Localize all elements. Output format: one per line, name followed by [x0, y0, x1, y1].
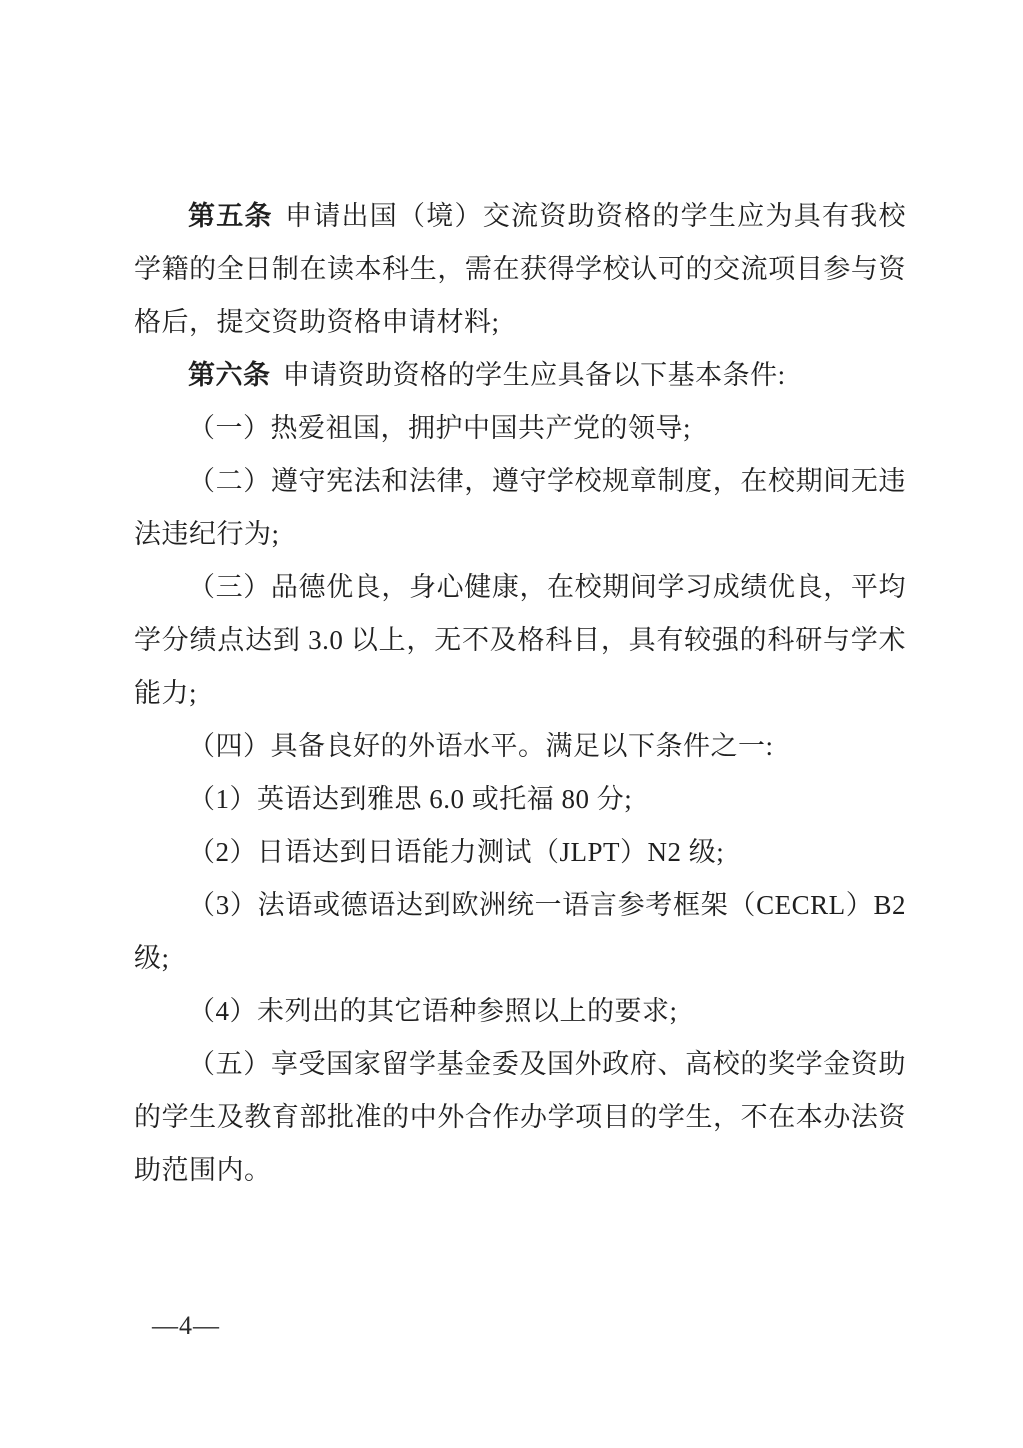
- paragraph: （三）品德优良，身心健康，在校期间学习成绩优良，平均学分绩点达到 3.0 以上，…: [134, 561, 906, 720]
- paragraph: 第六条申请资助资格的学生应具备以下基本条件:: [134, 349, 906, 402]
- paragraph: （2）日语达到日语能力测试（JLPT）N2 级;: [134, 826, 906, 879]
- paragraph-text: 申请资助资格的学生应具备以下基本条件:: [283, 360, 786, 390]
- paragraph: （五）享受国家留学基金委及国外政府、高校的奖学金资助的学生及教育部批准的中外合作…: [134, 1038, 906, 1197]
- article-number: 第五条: [188, 201, 273, 231]
- paragraph: （二）遵守宪法和法律，遵守学校规章制度，在校期间无违法违纪行为;: [134, 455, 906, 561]
- paragraph-text: （2）日语达到日语能力测试（JLPT）N2 级;: [188, 837, 724, 867]
- article-number: 第六条: [188, 360, 271, 390]
- paragraph-text: （3）法语或德语达到欧洲统一语言参考框架（CECRL）B2 级;: [134, 890, 906, 973]
- paragraph-text: （三）品德优良，身心健康，在校期间学习成绩优良，平均学分绩点达到 3.0 以上，…: [134, 572, 906, 708]
- paragraph: （3）法语或德语达到欧洲统一语言参考框架（CECRL）B2 级;: [134, 879, 906, 985]
- page-number: —4—: [152, 1312, 220, 1340]
- paragraph-text: （四）具备良好的外语水平。满足以下条件之一:: [188, 731, 774, 761]
- paragraph-text: （二）遵守宪法和法律，遵守学校规章制度，在校期间无违法违纪行为;: [134, 466, 906, 549]
- paragraph: （一）热爱祖国，拥护中国共产党的领导;: [134, 402, 906, 455]
- paragraph-text: （一）热爱祖国，拥护中国共产党的领导;: [188, 413, 691, 443]
- paragraph-text: （1）英语达到雅思 6.0 或托福 80 分;: [188, 784, 632, 814]
- paragraph-text: （五）享受国家留学基金委及国外政府、高校的奖学金资助的学生及教育部批准的中外合作…: [134, 1049, 906, 1185]
- paragraph: （1）英语达到雅思 6.0 或托福 80 分;: [134, 773, 906, 826]
- scanned-document-page: 第五条申请出国（境）交流资助资格的学生应为具有我校学籍的全日制在读本科生，需在获…: [0, 0, 1023, 1448]
- document-body: 第五条申请出国（境）交流资助资格的学生应为具有我校学籍的全日制在读本科生，需在获…: [134, 190, 906, 1197]
- paragraph-text: （4）未列出的其它语种参照以上的要求;: [188, 996, 678, 1026]
- paragraph: 第五条申请出国（境）交流资助资格的学生应为具有我校学籍的全日制在读本科生，需在获…: [134, 190, 906, 349]
- paragraph: （四）具备良好的外语水平。满足以下条件之一:: [134, 720, 906, 773]
- paragraph: （4）未列出的其它语种参照以上的要求;: [134, 985, 906, 1038]
